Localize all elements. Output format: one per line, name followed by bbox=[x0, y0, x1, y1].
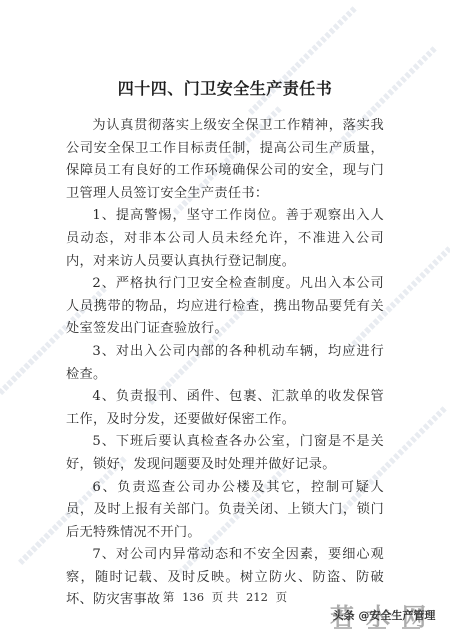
footer-suffix: 页 bbox=[276, 590, 288, 604]
intro-paragraph: 为认真贯彻落实上级安全保卫工作精神，落实我公司安全保卫工作目标责任制，提高公司生… bbox=[66, 115, 384, 205]
document-body: 为认真贯彻落实上级安全保卫工作精神，落实我公司安全保卫工作目标责任制，提高公司生… bbox=[66, 115, 384, 612]
document-title: 四十四、门卫安全生产责任书 bbox=[0, 76, 450, 99]
clause-1: 1、提高警惕，坚守工作岗位。善于观察出入人员动态，对非本公司人员未经允许，不准进… bbox=[66, 205, 384, 273]
brand-overlay-text: 头条 @安全生产管理 bbox=[324, 607, 444, 623]
footer-middle: 页 共 bbox=[212, 590, 239, 604]
document-page: 四十四、门卫安全生产责任书 为认真贯彻落实上级安全保卫工作精神，落实我公司安全保… bbox=[0, 0, 450, 636]
clause-6: 6、负责巡查公司办公楼及其它，控制可疑人员，及时上报有关部门。负责关闭、上锁大门… bbox=[66, 477, 384, 545]
clause-3: 3、对出入公司内部的各种机动车辆，均应进行检查。 bbox=[66, 341, 384, 386]
clause-4: 4、负责报刊、函件、包裹、汇款单的收发保管工作，及时分发，还要做好保密工作。 bbox=[66, 386, 384, 431]
brand-underline bbox=[334, 627, 434, 629]
total-pages: 212 bbox=[246, 590, 268, 604]
clause-5: 5、下班后要认真检查各办公室，门窗是不是关好，锁好，发现问题要及时处理并做好记录… bbox=[66, 431, 384, 476]
brand-watermark: 若水网 头条 @安全生产管理 bbox=[324, 597, 444, 633]
footer-prefix: 第 bbox=[163, 590, 175, 604]
clause-2: 2、严格执行门卫安全检查制度。凡出入本公司人员携带的物品，均应进行检查，携出物品… bbox=[66, 273, 384, 341]
current-page: 136 bbox=[182, 590, 204, 604]
